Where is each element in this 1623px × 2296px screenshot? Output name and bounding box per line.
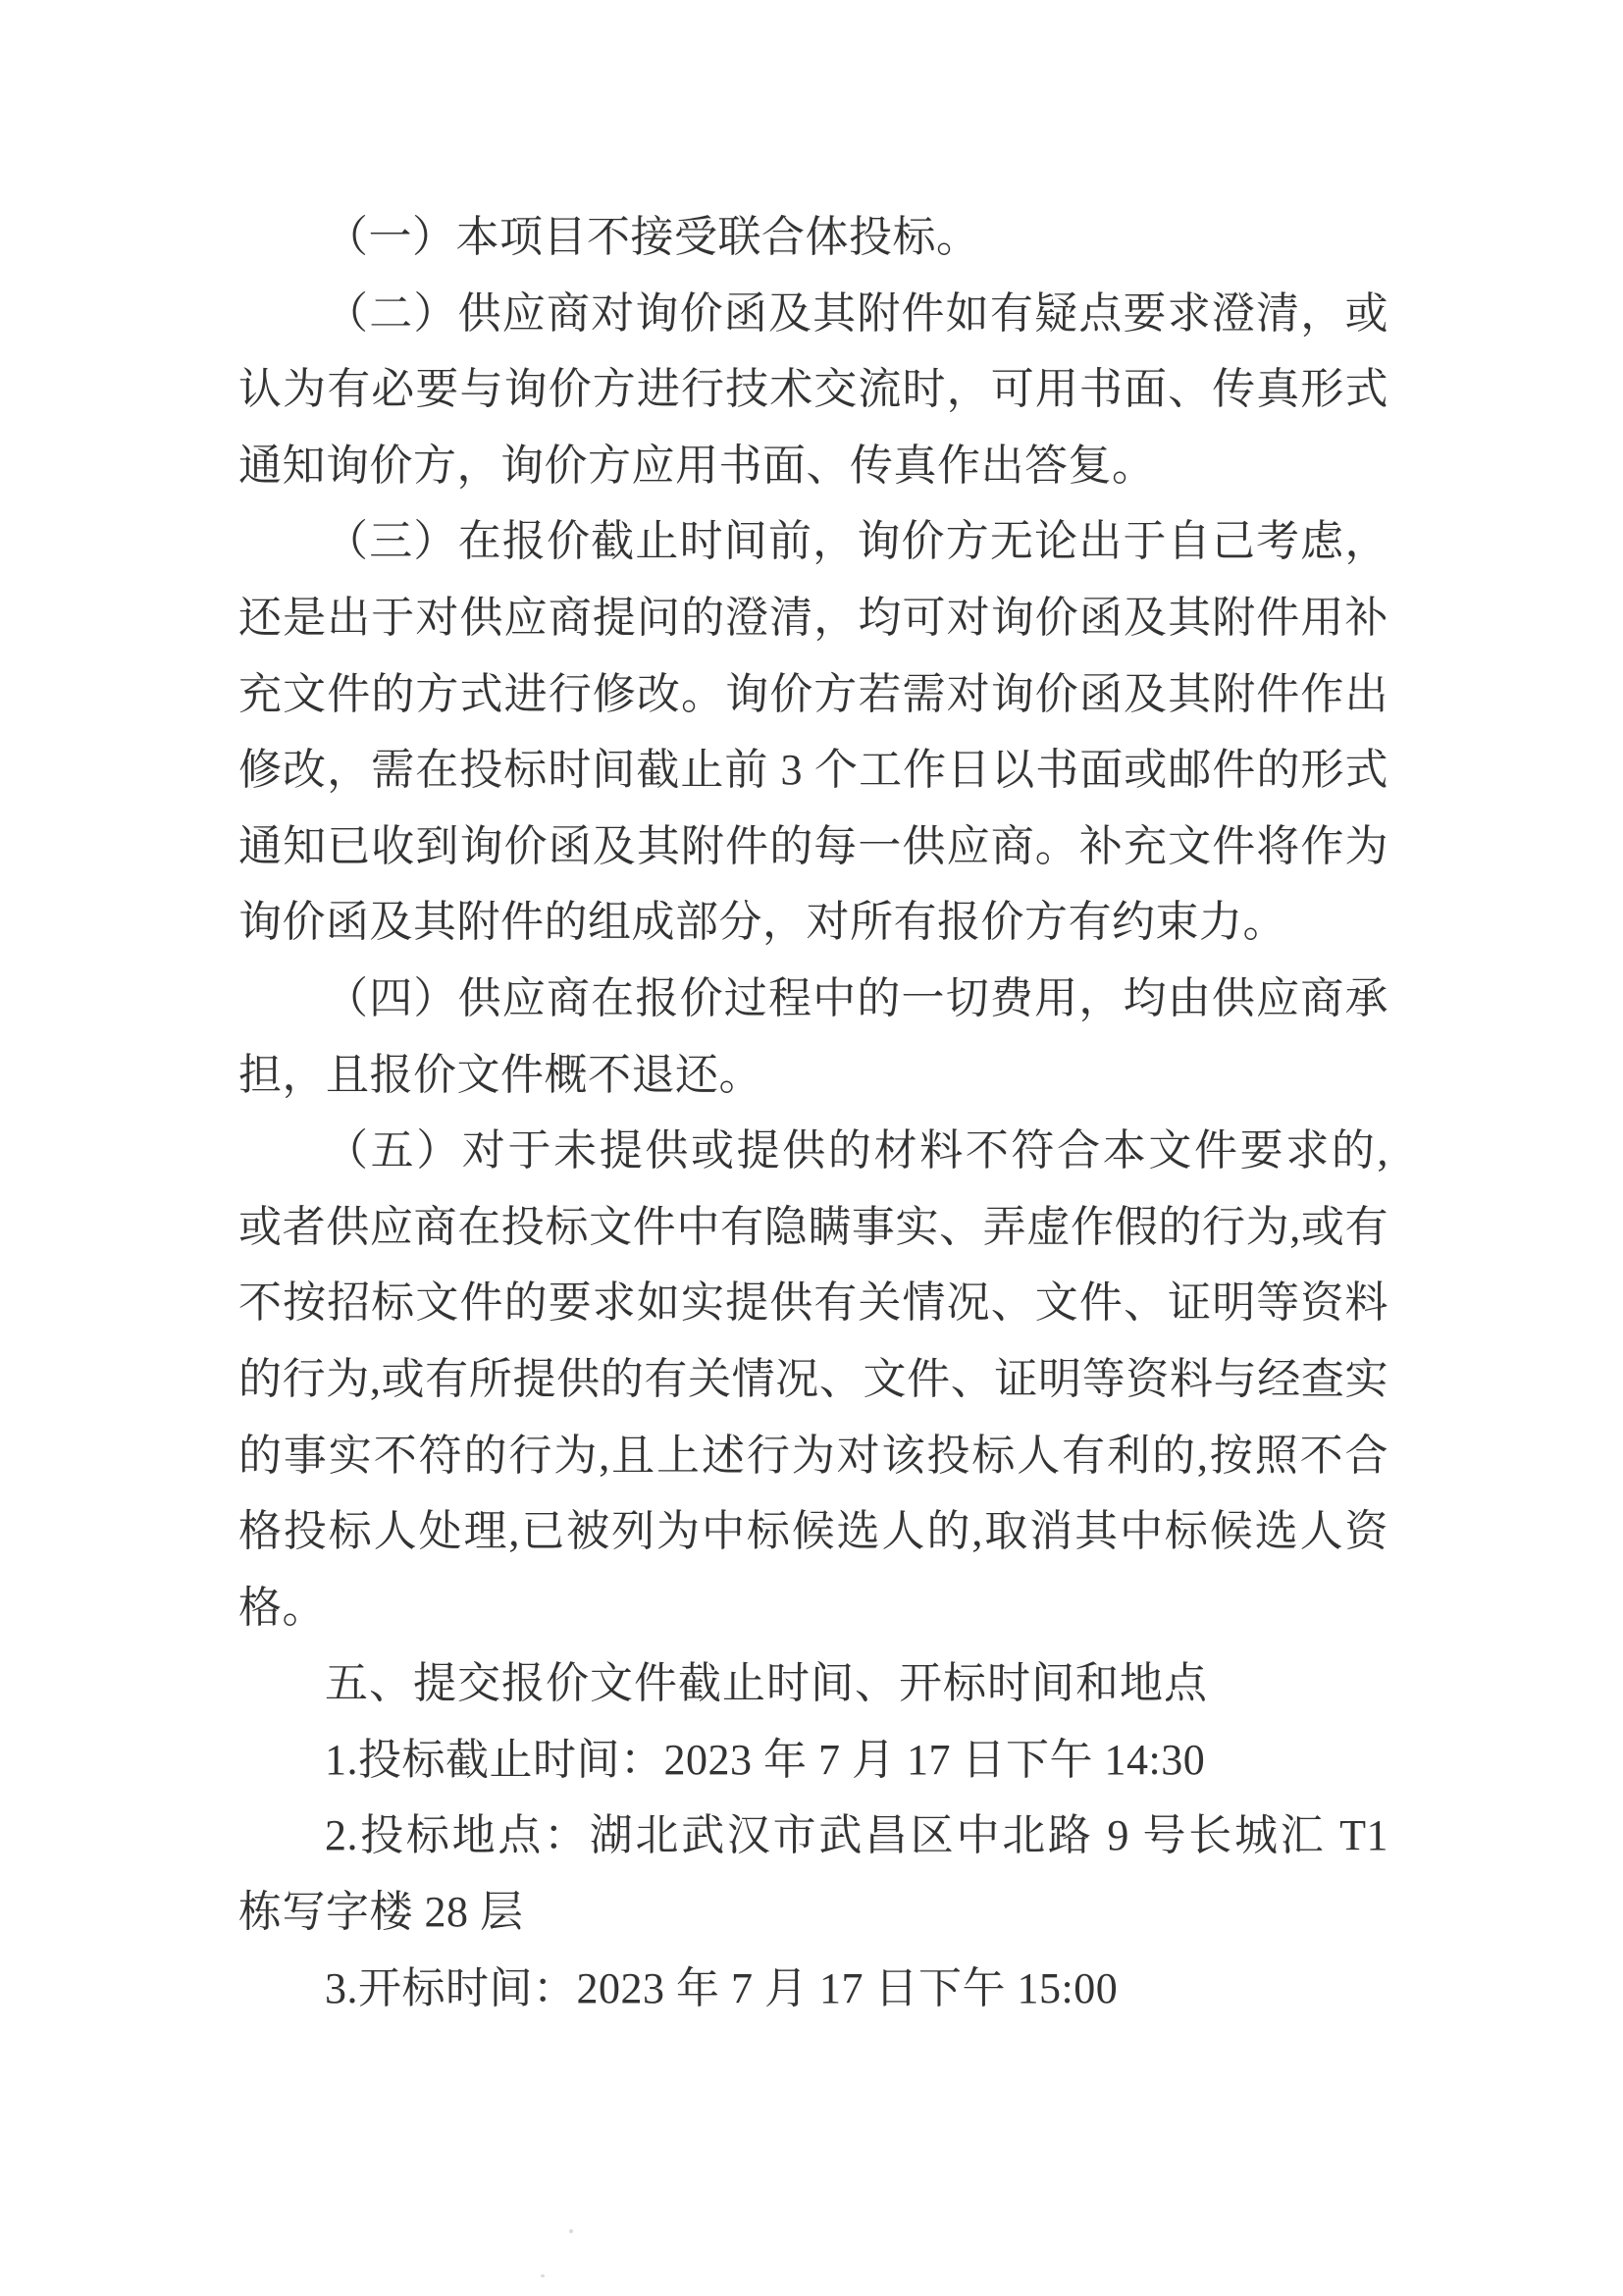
scan-speck (569, 2229, 573, 2233)
text-line: 格投标人处理,已被列为中标候选人的,取消其中标候选人资 (238, 1493, 1388, 1570)
text-line: 的事实不符的行为,且上述行为对该投标人有利的,按照不合 (238, 1418, 1388, 1494)
text-line: （四）供应商在报价过程中的一切费用，均由供应商承 (238, 961, 1388, 1037)
document-page: （一）本项目不接受联合体投标。 （二）供应商对询价函及其附件如有疑点要求澄清，或… (0, 0, 1623, 2296)
clause-3: （三）在报价截止时间前，询价方无论出于自己考虑， 还是出于对供应商提问的澄清，均… (238, 503, 1388, 961)
text-line: 修改，需在投标时间截止前 3 个工作日以书面或邮件的形式 (238, 732, 1388, 809)
clause-2: （二）供应商对询价函及其附件如有疑点要求澄清，或 认为有必要与询价方进行技术交流… (238, 276, 1388, 504)
item-bid-deadline: 1.投标截止时间：2023 年 7 月 17 日下午 14:30 (238, 1722, 1388, 1799)
text-line: 充文件的方式进行修改。询价方若需对询价函及其附件作出 (238, 656, 1388, 733)
clause-4: （四）供应商在报价过程中的一切费用，均由供应商承 担，且报价文件概不退还。 (238, 961, 1388, 1113)
text-line: （二）供应商对询价函及其附件如有疑点要求澄清，或 (238, 276, 1388, 352)
text-line: 还是出于对供应商提问的澄清，均可对询价函及其附件用补 (238, 580, 1388, 656)
item-bid-opening-time: 3.开标时间：2023 年 7 月 17 日下午 15:00 (238, 1951, 1388, 2027)
text-line: 格。 (238, 1570, 1388, 1646)
section-heading: 五、提交报价文件截止时间、开标时间和地点 (238, 1645, 1388, 1722)
text-line: 1.投标截止时间：2023 年 7 月 17 日下午 14:30 (238, 1722, 1388, 1799)
text-line: 3.开标时间：2023 年 7 月 17 日下午 15:00 (238, 1951, 1388, 2027)
text-line: 2.投标地点：湖北武汉市武昌区中北路 9 号长城汇 T1 (238, 1798, 1388, 1874)
text-line: （五）对于未提供或提供的材料不符合本文件要求的, (238, 1113, 1388, 1189)
text-line: 询价函及其附件的组成部分，对所有报价方有约束力。 (238, 884, 1388, 961)
text-line: 不按招标文件的要求如实提供有关情况、文件、证明等资料 (238, 1265, 1388, 1341)
scan-speck (541, 2274, 545, 2277)
clause-5: （五）对于未提供或提供的材料不符合本文件要求的, 或者供应商在投标文件中有隐瞒事… (238, 1113, 1388, 1645)
text-line: 担，且报价文件概不退还。 (238, 1037, 1388, 1114)
text-line: 或者供应商在投标文件中有隐瞒事实、弄虚作假的行为,或有 (238, 1189, 1388, 1266)
clause-1: （一）本项目不接受联合体投标。 (238, 199, 1388, 276)
text-line: （三）在报价截止时间前，询价方无论出于自己考虑， (238, 503, 1388, 580)
text-line: 通知已收到询价函及其附件的每一供应商。补充文件将作为 (238, 809, 1388, 885)
text-line: 通知询价方，询价方应用书面、传真作出答复。 (238, 428, 1388, 504)
text-line: 认为有必要与询价方进行技术交流时，可用书面、传真形式 (238, 351, 1388, 428)
text-line: （一）本项目不接受联合体投标。 (238, 199, 1388, 276)
section-5: 五、提交报价文件截止时间、开标时间和地点 (238, 1645, 1388, 1722)
item-bid-location: 2.投标地点：湖北武汉市武昌区中北路 9 号长城汇 T1 栋写字楼 28 层 (238, 1798, 1388, 1950)
document-text: （一）本项目不接受联合体投标。 （二）供应商对询价函及其附件如有疑点要求澄清，或… (238, 199, 1388, 2026)
text-line: 的行为,或有所提供的有关情况、文件、证明等资料与经查实 (238, 1341, 1388, 1418)
text-line: 栋写字楼 28 层 (238, 1874, 1388, 1951)
